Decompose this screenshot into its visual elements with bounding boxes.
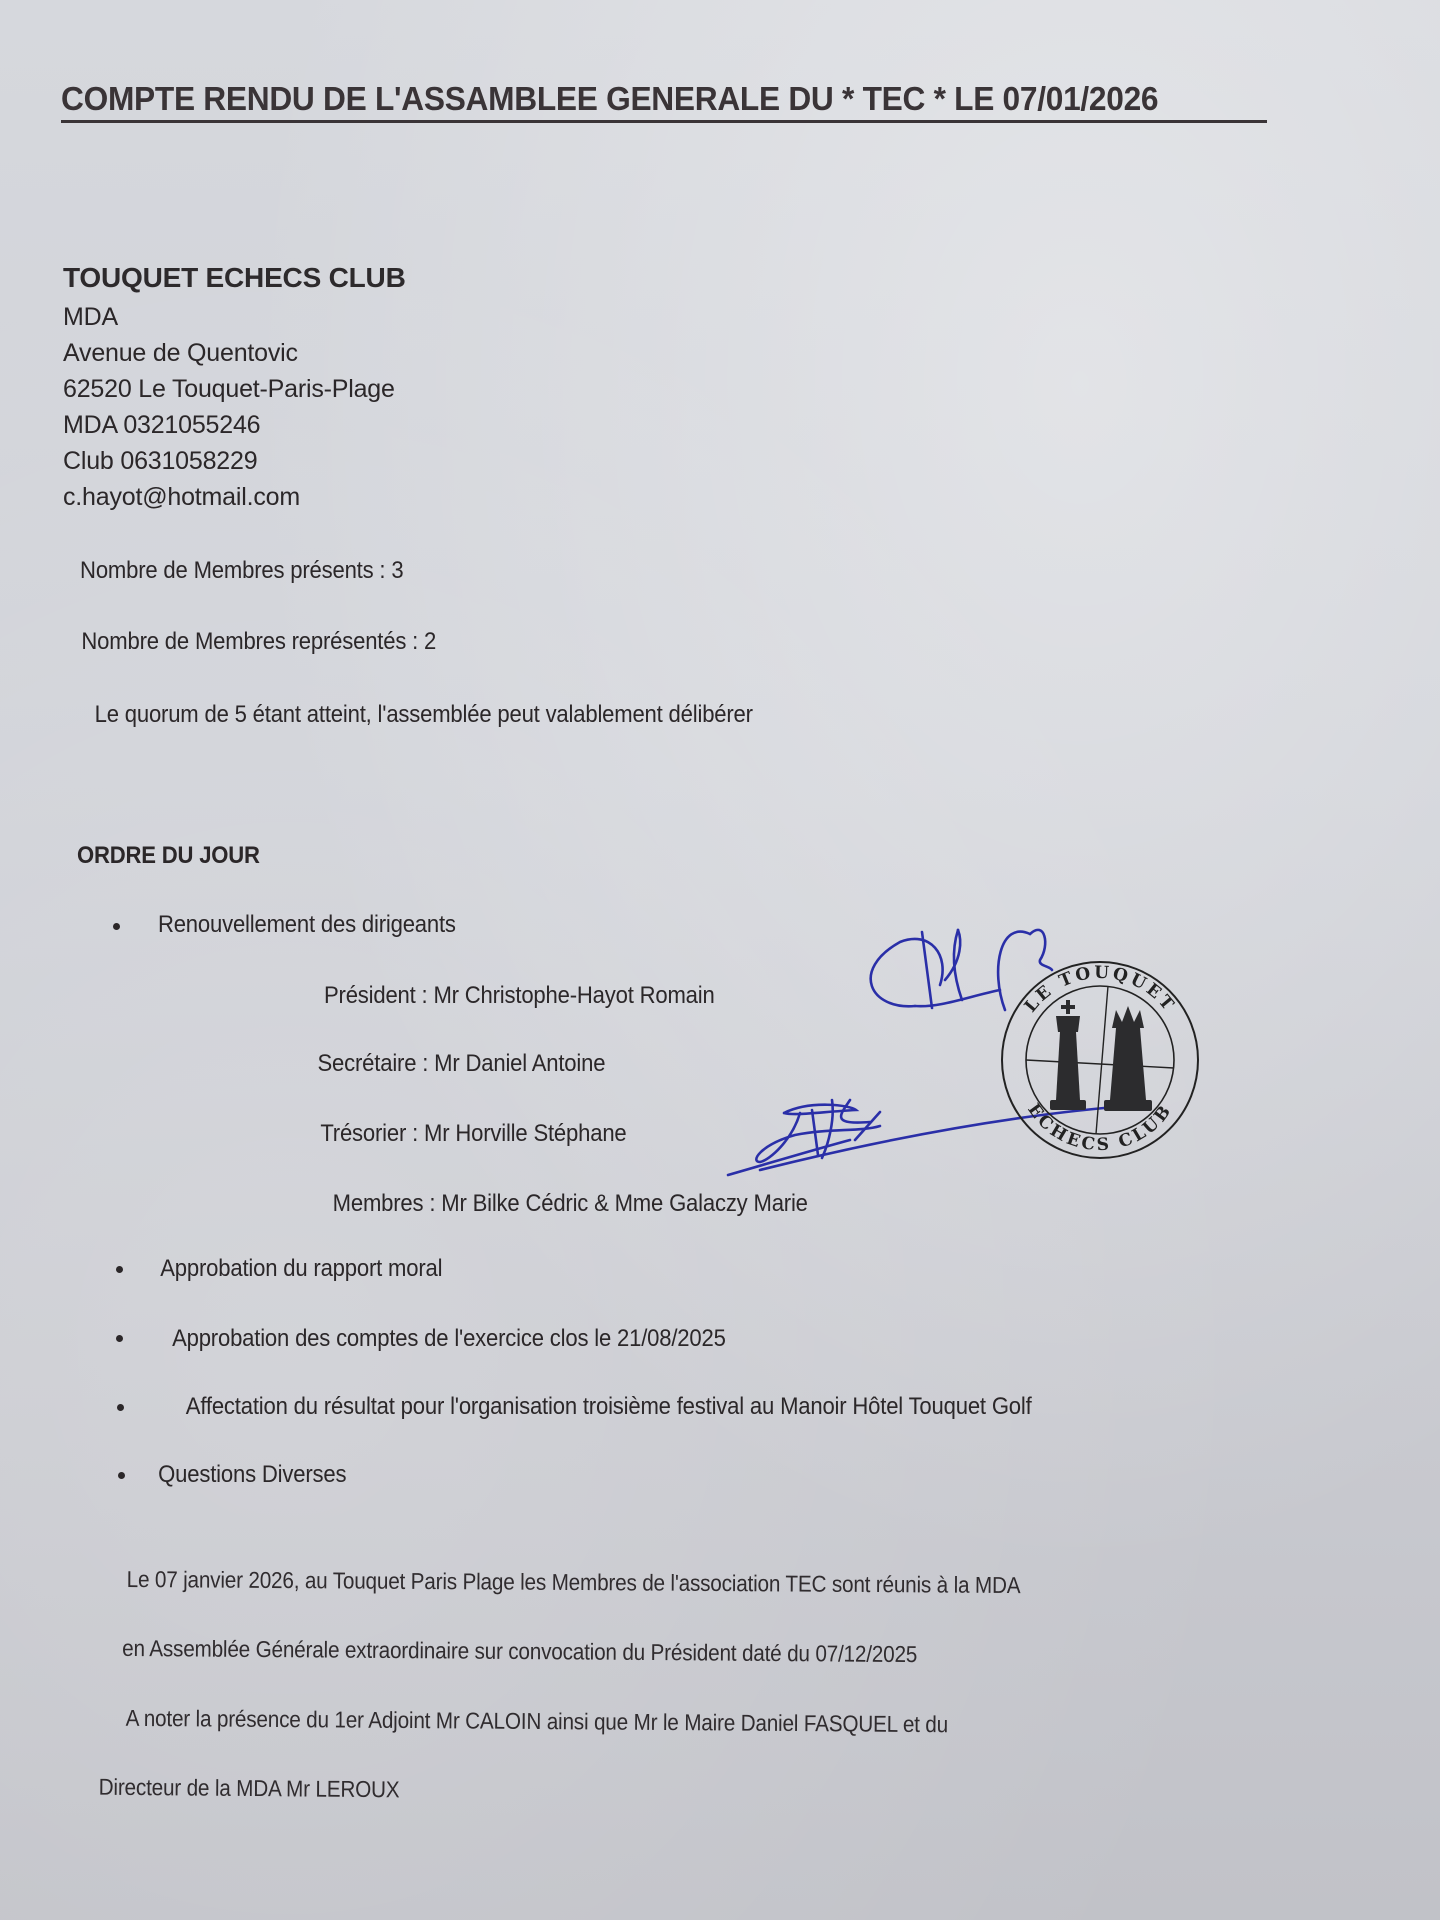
signatures-and-stamp: LE TOUQUET ECHECS CLUB	[700, 900, 1260, 1220]
svg-text:LE TOUQUET: LE TOUQUET	[1021, 963, 1180, 1017]
chess-king-icon	[1050, 1000, 1086, 1110]
bullet-icon	[116, 1335, 123, 1342]
bullet-icon	[116, 1266, 123, 1273]
members-present: Nombre de Membres présents : 3	[80, 557, 403, 585]
address-line: 62520 Le Touquet-Paris-Plage	[63, 375, 395, 404]
svg-text:ECHECS CLUB: ECHECS CLUB	[1023, 1100, 1176, 1155]
bullet-icon	[118, 1472, 125, 1479]
minutes-line: Le 07 janvier 2026, au Touquet Paris Pla…	[127, 1566, 1021, 1599]
document-page: COMPTE RENDU DE L'ASSAMBLEE GENERALE DU …	[0, 0, 1440, 1920]
club-stamp: LE TOUQUET ECHECS CLUB	[1002, 962, 1198, 1158]
title-underline	[61, 120, 1267, 123]
bullet-icon	[113, 923, 120, 930]
president-signature	[871, 930, 1052, 1010]
organization-name: TOUQUET ECHECS CLUB	[63, 262, 406, 294]
agenda-item: Questions Diverses	[158, 1461, 346, 1489]
agenda-item: Affectation du résultat pour l'organisat…	[186, 1393, 1032, 1421]
address-line: MDA	[63, 303, 118, 332]
address-line: Avenue de Quentovic	[63, 339, 298, 368]
minutes-line: Directeur de la MDA Mr LEROUX	[99, 1774, 400, 1804]
agenda-item: Approbation des comptes de l'exercice cl…	[172, 1325, 726, 1353]
role-treasurer: Trésorier : Mr Horville Stéphane	[320, 1120, 626, 1148]
treasurer-signature	[728, 1100, 1140, 1175]
bullet-icon	[117, 1404, 124, 1411]
role-secretary: Secrétaire : Mr Daniel Antoine	[318, 1050, 606, 1078]
agenda-title: ORDRE DU JOUR	[77, 842, 260, 870]
document-title: COMPTE RENDU DE L'ASSAMBLEE GENERALE DU …	[61, 80, 1158, 118]
phone-mda: MDA 0321055246	[63, 411, 260, 440]
phone-club: Club 0631058229	[63, 447, 257, 476]
agenda-item: Renouvellement des dirigeants	[158, 911, 456, 939]
members-represented: Nombre de Membres représentés : 2	[81, 628, 436, 656]
role-president: Président : Mr Christophe-Hayot Romain	[324, 982, 715, 1010]
chess-queen-icon	[1104, 1006, 1152, 1111]
quorum-statement: Le quorum de 5 étant atteint, l'assemblé…	[95, 701, 753, 729]
role-members: Membres : Mr Bilke Cédric & Mme Galaczy …	[333, 1190, 808, 1218]
minutes-line: A noter la présence du 1er Adjoint Mr CA…	[126, 1705, 948, 1738]
minutes-line: en Assemblée Générale extraordinaire sur…	[122, 1635, 917, 1668]
agenda-item: Approbation du rapport moral	[160, 1255, 442, 1283]
email: c.hayot@hotmail.com	[63, 483, 300, 512]
